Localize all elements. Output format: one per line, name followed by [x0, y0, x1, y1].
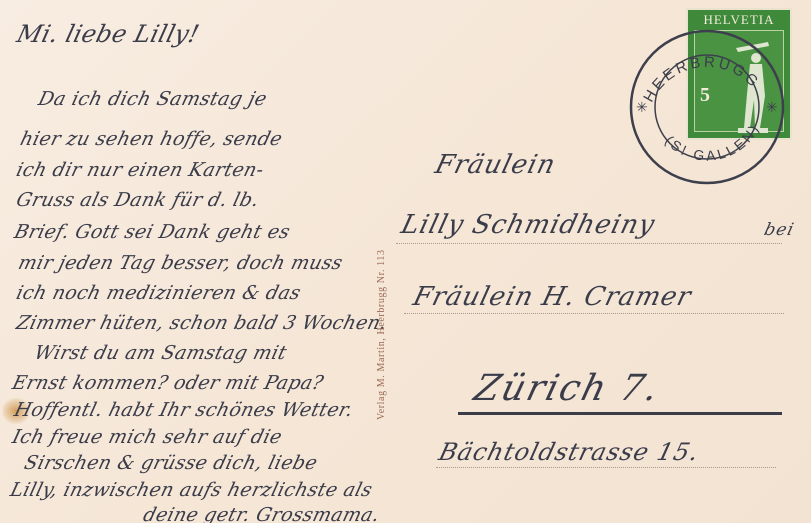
- svg-text:✳: ✳: [766, 100, 778, 116]
- message-line: ich dir nur einen Karten-: [14, 159, 266, 181]
- postcard: Mi. liebe Lilly! Da ich dich Samstag je …: [0, 0, 811, 523]
- svg-text:HEERBRUGG: HEERBRUGG: [640, 54, 763, 105]
- message-line: Wirst du am Samstag mit: [32, 342, 289, 364]
- address-line-rule: [396, 243, 782, 244]
- message-greeting: Mi. liebe Lilly!: [14, 20, 202, 48]
- address-city: Zürich 7.: [470, 368, 664, 409]
- message-line: Zimmer hüten, schon bald 3 Wochen.: [14, 312, 389, 334]
- message-line: ich noch medizinieren & das: [14, 282, 303, 304]
- message-line: Hoffentl. habt Ihr schönes Wetter.: [12, 399, 355, 421]
- address-street: Bächtoldstrasse 15.: [436, 438, 702, 466]
- message-line: Sirschen & grüsse dich, liebe: [22, 452, 320, 474]
- message-signature: deine getr. Grossmama.: [141, 504, 382, 523]
- postmark-region: (S! GALLEN): [662, 120, 763, 164]
- publisher-imprint: Verlag M. Martin, Heerbrugg Nr. 113: [376, 249, 387, 420]
- postmark-city: HEERBRUGG: [640, 54, 763, 105]
- address-care-of-name: Fräulein H. Cramer: [410, 282, 695, 312]
- svg-text:✳: ✳: [636, 100, 648, 116]
- address-recipient: Lilly Schmidheiny: [398, 210, 658, 240]
- address-line-rule: [404, 313, 784, 314]
- postmark-icon: HEERBRUGG (S! GALLEN) ✳ ✳: [626, 26, 788, 188]
- svg-text:(S! GALLEN): (S! GALLEN): [662, 120, 763, 164]
- message-line: Ich freue mich sehr auf die: [10, 426, 284, 448]
- address-care-of: bei: [762, 220, 796, 240]
- message-line: Da ich dich Samstag je: [36, 88, 269, 110]
- address-line-rule: [436, 467, 776, 468]
- message-line: Brief. Gott sei Dank geht es: [12, 221, 292, 243]
- message-line: mir jeden Tag besser, doch muss: [16, 252, 345, 274]
- message-line: hier zu sehen hoffe, sende: [18, 128, 285, 150]
- message-line: Gruss als Dank für d. lb.: [14, 189, 261, 211]
- address-salutation: Fräulein: [432, 150, 559, 180]
- city-underline: [458, 412, 782, 415]
- message-line: Lilly, inzwischen aufs herzlichste als: [8, 479, 375, 501]
- message-line: Ernst kommen? oder mit Papa?: [10, 372, 326, 394]
